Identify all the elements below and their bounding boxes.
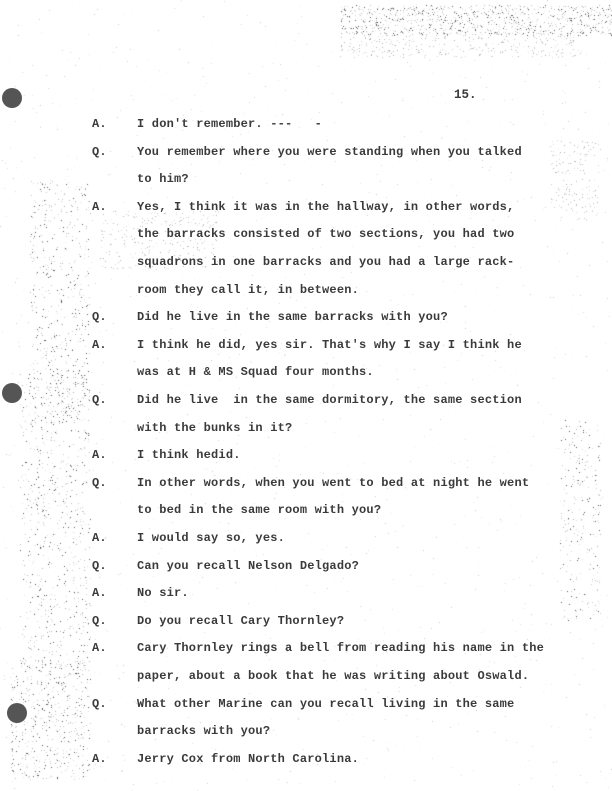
punch-hole-middle [2, 383, 22, 403]
speaker-label: A. [92, 448, 107, 462]
line-text: No sir. [137, 586, 189, 600]
line-text: You remember where you were standing whe… [137, 145, 522, 159]
line-text: squadrons in one barracks and you had a … [137, 255, 514, 269]
line-text: Can you recall Nelson Delgado? [137, 559, 359, 573]
line-text: Did he live in the same barracks with yo… [137, 310, 448, 324]
speaker-label: Q. [92, 697, 107, 711]
line-text: Yes, I think it was in the hallway, in o… [137, 200, 514, 214]
punch-hole-bottom [7, 703, 27, 723]
line-text: Cary Thornley rings a bell from reading … [137, 641, 544, 655]
speaker-label: A. [92, 641, 107, 655]
line-text: I think he did, yes sir. That's why I sa… [137, 338, 522, 352]
speaker-label: A. [92, 338, 107, 352]
page-number: 15. [454, 88, 477, 102]
line-text: barracks with you? [137, 724, 270, 738]
line-text: I don't remember. --- - [137, 117, 322, 131]
line-text: Did he live in the same dormitory, the s… [137, 393, 522, 407]
line-text: What other Marine can you recall living … [137, 697, 514, 711]
speaker-label: A. [92, 586, 107, 600]
line-text: paper, about a book that he was writing … [137, 669, 529, 683]
line-text: room they call it, in between. [137, 283, 359, 297]
line-text: Do you recall Cary Thornley? [137, 614, 344, 628]
speaker-label: A. [92, 117, 107, 131]
speaker-label: Q. [92, 559, 107, 573]
line-text: I think hedid. [137, 448, 241, 462]
speaker-label: Q. [92, 393, 107, 407]
line-text: the barracks consisted of two sections, … [137, 227, 514, 241]
speaker-label: Q. [92, 476, 107, 490]
line-text: with the bunks in it? [137, 421, 292, 435]
speaker-label: A. [92, 752, 107, 766]
speaker-label: A. [92, 200, 107, 214]
document-page: 15. A.I don't remember. --- -Q.You remem… [0, 0, 612, 791]
speaker-label: A. [92, 531, 107, 545]
line-text: was at H & MS Squad four months. [137, 365, 374, 379]
line-text: to him? [137, 172, 189, 186]
line-text: In other words, when you went to bed at … [137, 476, 529, 490]
speaker-label: Q. [92, 145, 107, 159]
line-text: Jerry Cox from North Carolina. [137, 752, 359, 766]
speaker-label: Q. [92, 614, 107, 628]
line-text: to bed in the same room with you? [137, 503, 381, 517]
speaker-label: Q. [92, 310, 107, 324]
line-text: I would say so, yes. [137, 531, 285, 545]
punch-hole-top [2, 88, 22, 108]
